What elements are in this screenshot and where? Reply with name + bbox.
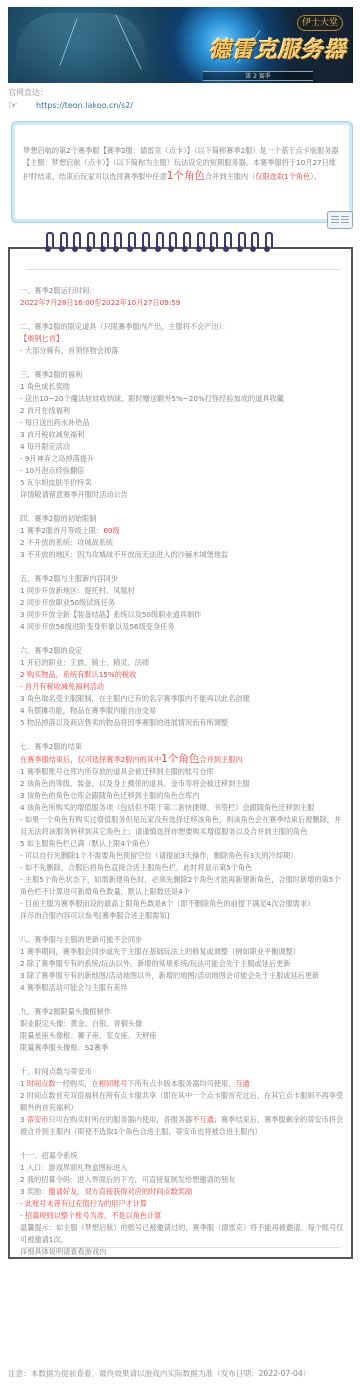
line-text: - 每日送出药水补给品 xyxy=(20,418,90,427)
line-text: 1 赛季2服首月等级上限： xyxy=(20,526,103,535)
section-line: 3 同步开放全新【装备结晶】系统以及50级职业道具制作 xyxy=(20,609,346,621)
section-line: 职业限定头像：黄金、白银、青铜头像 xyxy=(20,1018,346,1030)
section-gap xyxy=(20,357,346,369)
line-text: 六、赛季2服的设定 xyxy=(20,646,82,655)
line-text: 十、时间点数与蒂安币 xyxy=(20,1067,92,1076)
brand-logo: 伊士大堂 xyxy=(297,15,343,31)
binder-ring-icon xyxy=(264,232,270,252)
section-line: - 主服5个角色状态下，如需新建角色时，必须先删除2个角色才能再新建新角色，合服… xyxy=(20,874,346,898)
section-gap xyxy=(20,633,346,645)
highlight-text: 相同账号 xyxy=(99,1079,128,1088)
line-text: 详情敬请留意赛季开服时活动公告 xyxy=(20,490,128,499)
binder-ring-icon xyxy=(196,232,202,252)
line-text: 九、赛季2服限量头像框制作 xyxy=(20,1007,111,1016)
line-text: 七、赛季2服的结束 xyxy=(20,742,82,751)
binder-ring-icon xyxy=(223,232,229,252)
line-text: 限量星座头像框：狮子座、室女座、天秤座 xyxy=(20,1031,157,1040)
intro-highlight-one-character: 1个角色 xyxy=(167,170,205,182)
line-text: 2 同步开放职业50级试炼任务 xyxy=(20,598,115,607)
line-text: - 目前主服为赛季服而设的最高上限角色数是8个（即不删除角色的前提下满足4次合服… xyxy=(20,899,314,908)
section-line: 3 首月税收减免福利 xyxy=(20,429,346,441)
section-line: 限量星座头像框：狮子座、室女座、天秤座 xyxy=(20,1030,346,1042)
section-heading: 三、赛季2服的福利 xyxy=(20,369,346,381)
section-s11: 十一、招募令系统1 入口：游戏界面礼物盒图标进入2 我的招募令码：进入界面后的下… xyxy=(20,1150,346,1258)
binder-ring-icon xyxy=(59,232,65,252)
section-line: 详情敬请留意赛季开服时活动公告 xyxy=(20,489,346,501)
book-icon xyxy=(327,211,353,229)
highlight-text: 60级 xyxy=(103,526,119,535)
section-heading: 十一、招募令系统 xyxy=(20,1150,346,1162)
section-line: 4 有摆摊功能，物品在赛季服内能自由交易 xyxy=(20,705,346,717)
line-text: 1 同步开放新地区：提托村、凤凰村 xyxy=(20,586,135,595)
highlight-text: 合并到主服内 xyxy=(199,755,242,764)
section-line: 1 入口：游戏界面礼物盒图标进入 xyxy=(20,1162,346,1174)
section-line: 1 时间点数一经购买，在相同账号下所有点卡版本服务器均可使用、互通 xyxy=(20,1078,346,1090)
section-heading: 一、赛季2服运行时间： xyxy=(20,285,346,297)
section-line: 4 同步开放56级进阶变身形象以及56级变身任务 xyxy=(20,621,346,633)
section-heading: 五、赛季2服与主服新内容同步 xyxy=(20,573,346,585)
section-line: 2 我的招募令码：进入界面后的下方，可直接复制发给想邀请的朋友 xyxy=(20,1174,346,1186)
binder-ring-icon xyxy=(45,232,51,252)
section-line: 2 购买物品，系统有默认15%的税收 xyxy=(20,669,346,681)
line-text: 一、赛季2服运行时间： xyxy=(20,286,96,295)
section-gap xyxy=(20,729,346,741)
section-line: - 送出10~20个魔法娃娃收纳球，限时赠送额外5%~20%打怪经验加成的道具收… xyxy=(20,393,346,405)
line-text: 一经购买，在 xyxy=(56,1079,99,1088)
section-line: 1 赛季服账号仓库内所存放的道具会被迁移到主服的账号仓库 xyxy=(20,766,346,778)
section-line: - 可以自行先删除1个不需要角色预留空位（请提前3天操作，删除角色有3天的冷却期… xyxy=(20,850,346,862)
section-line: 3 角色取名受主服限制，在主服内已有的名字赛季服内不能再以此名创建 xyxy=(20,693,346,705)
section-heading: 十、时间点数与蒂安币 xyxy=(20,1066,346,1078)
section-s5: 五、赛季2服与主服新内容同步1 同步开放新地区：提托村、凤凰村2 同步开放职业5… xyxy=(20,573,346,633)
highlight-text: 互通 xyxy=(235,1079,249,1088)
line-text: 3 除了赛季服专有的新地图/活动地图以外，新增的地图/活动地图会可能会先于主服或… xyxy=(20,971,319,980)
section-s1: 一、赛季2服运行时间：2022年7月28日16:00至2022年10月27日09… xyxy=(20,285,346,309)
line-text: 5 如主服角色栏已满（默认上限4个角色） xyxy=(20,839,154,848)
line-text: - 此账号未曾有过充值行为的用户才计算 xyxy=(20,1199,147,1208)
binder-ring-icon xyxy=(237,232,243,252)
intro-text: ）。 xyxy=(310,172,321,181)
line-text: 十一、招募令系统 xyxy=(20,1151,78,1160)
section-line: - 目前主服为赛季服而设的最高上限角色数是8个（即不删除角色的前提下满足4次合服… xyxy=(20,898,346,910)
line-text: 4 赛季服活动可能会与主服有差异 xyxy=(20,983,127,992)
section-line: 4 每月限定活动 xyxy=(20,441,346,453)
line-text: 3 角色取名受主服限制，在主服内已有的名字赛季服内不能再以此名创建 xyxy=(20,694,250,703)
section-line: 限量赛季服头像框：S2赛季 xyxy=(20,1042,346,1054)
line-text: 3 xyxy=(20,1115,27,1124)
binder-ring-icon xyxy=(168,232,174,252)
section-line: 1 赛季期间，赛季服会同步或先于主服在基础玩法上的修复或调整（例如职业平衡调整） xyxy=(20,946,346,958)
intro-highlight-limit: 仅限选取1个角色 xyxy=(255,172,310,181)
banner-characters xyxy=(16,13,146,83)
pointing-hand-icon: ☞ xyxy=(8,100,36,112)
section-s7: 七、赛季2服的结束在赛季服结束后，仅可选择赛季2服内的其中1个角色合并到主服内1… xyxy=(20,741,346,922)
section-s10: 十、时间点数与蒂安币1 时间点数一经购买，在相同账号下所有点卡版本服务器均可使用… xyxy=(20,1066,346,1138)
highlight-text: 时间点数 xyxy=(27,1079,56,1088)
section-gap xyxy=(20,309,346,321)
line-text: - 招募规则以整个账号为准，不是以角色计算 xyxy=(20,1211,161,1220)
line-text: 2022年7月28日16:00至2022年10月27日09:59 xyxy=(20,298,180,307)
section-heading: 九、赛季2服限量头像框制作 xyxy=(20,1006,346,1018)
binder-ring-icon xyxy=(86,232,92,252)
banner-title: 德雷克服务器 xyxy=(209,38,347,64)
section-line: 2 不开放的系统：攻城战系统 xyxy=(20,537,346,549)
line-text: - 9月神弃之岛掉落提升 xyxy=(20,454,94,463)
line-text: 3 该角色的角色仓库会跟随角色迁移到主服的角色仓库内 xyxy=(20,791,199,800)
line-text: 2 首月在线福利 xyxy=(20,406,70,415)
line-text: 1 xyxy=(20,1079,27,1088)
section-gap xyxy=(20,1138,346,1150)
line-text: 限量赛季服头像框：S2赛季 xyxy=(20,1043,108,1052)
line-text: - 主服5个角色状态下，如需新建角色时，必须先删除2个角色才能再新建新角色，合服… xyxy=(20,875,340,896)
section-line: 5 物品掉落以及商店售卖的物品将因季赛服的进展情况而有所调整 xyxy=(20,717,346,729)
section-line: - 大部分稀有，首领怪物会掉落 xyxy=(20,345,346,357)
binder-ring-icon xyxy=(250,232,256,252)
line-text: 二、赛季2服的限定道具（只限赛季服内产出，主服将不会产出）： xyxy=(20,322,229,331)
banner-subtitle: 第 2 赛季 xyxy=(203,71,313,81)
line-text: 只可在购买时所在的服务器内使用，各服务器 xyxy=(48,1115,192,1124)
section-line: 5 如主服角色栏已满（默认上限4个角色） xyxy=(20,838,346,850)
line-text: - 大部分稀有，首领怪物会掉落 xyxy=(20,346,118,355)
line-text: 1 入口：游戏界面礼物盒图标进入 xyxy=(20,1163,127,1172)
line-text: 1 开启的职业：王族、骑士、精灵、法师 xyxy=(20,658,149,667)
line-text: 2 时间点数首充双倍福利在所有点卡服共享（即在其中一个点卡服首充过后，在其它点卡… xyxy=(20,1091,343,1112)
section-heading: 二、赛季2服的限定道具（只限赛季服内产出，主服将不会产出）： xyxy=(20,321,346,333)
section-s3: 三、赛季2服的福利1 角色成长奖励- 送出10~20个魔法娃娃收纳球，限时赠送额… xyxy=(20,369,346,501)
line-text: 在赛季服结束后， xyxy=(20,755,78,764)
binder-ring-icon xyxy=(127,232,133,252)
intro-box: 梦想启航的第2个赛季服【赛季2服：德雷克（点卡）】（以下简称赛季2服）是一个基于… xyxy=(12,122,352,222)
section-gap xyxy=(20,994,346,1006)
line-text: 五、赛季2服与主服新内容同步 xyxy=(20,574,118,583)
line-text: - 如果一个角色有购买过增值服务但是玩家没有选择迁移该角色，则该角色会在赛季结束… xyxy=(20,815,341,836)
section-line: - 如不先删除，合服后将角色直接合进主服角色栏，此时将显示第5个角色 xyxy=(20,862,346,874)
section-heading: 八、赛季服与主服的更新可能不会同步 xyxy=(20,934,346,946)
line-text: 职业限定头像：黄金、白银、青铜头像 xyxy=(20,1019,142,1028)
line-text: 【奥钢匕首】 xyxy=(20,334,63,343)
binder-ring-icon xyxy=(72,232,78,252)
section-line: 2 除了赛季服专有的系统/玩法以外，新增的常规系统/玩法可能会先于主服或延后更新 xyxy=(20,958,346,970)
section-s2: 二、赛季2服的限定道具（只限赛季服内产出，主服将不会产出）：【奥钢匕首】- 大部… xyxy=(20,321,346,357)
section-line: 4 赛季服活动可能会与主服有差异 xyxy=(20,982,346,994)
line-text: 1 角色成长奖励 xyxy=(20,382,70,391)
section-line: - 每日送出药水补给品 xyxy=(20,417,346,429)
line-text: 3 奖励： xyxy=(20,1187,48,1196)
highlight-text: 仅可选择赛季2服内的其中 xyxy=(78,755,162,764)
highlight-text: 蒂安币 xyxy=(27,1115,49,1124)
line-text: 4 同步开放56级进阶变身形象以及56级变身任务 xyxy=(20,622,175,631)
binder-ring-icon xyxy=(155,232,161,252)
section-line: 2 时间点数首充双倍福利在所有点卡服共享（即在其中一个点卡服首充过后，在其它点卡… xyxy=(20,1090,346,1114)
line-text: - 首月有税收减免福利活动 xyxy=(20,682,104,691)
section-line: 1 赛季2服首月等级上限：60级 xyxy=(20,525,346,537)
section-line: - 招募规则以整个账号为准，不是以角色计算 xyxy=(20,1210,346,1222)
divider xyxy=(26,269,340,270)
section-gap xyxy=(20,922,346,934)
section-line: 2 同步开放职业50级试炼任务 xyxy=(20,597,346,609)
section-gap xyxy=(20,561,346,573)
line-text: 温馨提示：如主服（梦想启航）的账号已被邀请过的，赛季服（德雷克）将不能再被邀请。… xyxy=(20,1223,343,1244)
section-s8: 八、赛季服与主服的更新可能不会同步1 赛季期间，赛季服会同步或先于主服在基础玩法… xyxy=(20,934,346,994)
intro-text: 合并到主服内（ xyxy=(205,172,255,181)
line-text: - 如不先删除，合服后将角色直接合进主服角色栏，此时将显示第5个角色 xyxy=(20,863,252,872)
section-line: - 10月泡点经验翻倍 xyxy=(20,465,346,477)
section-line: 3 除了赛季服专有的新地图/活动地图以外，新增的地图/活动地图会可能会先于主服或… xyxy=(20,970,346,982)
line-text: 下所有点卡版本服务器均可使用、 xyxy=(128,1079,236,1088)
section-gap xyxy=(20,501,346,513)
section-line: 5 瓦尔妲皮肤半价特卖 xyxy=(20,477,346,489)
official-site-link[interactable]: https://teon.lakoo.cn/s2/ xyxy=(36,100,133,112)
section-line: 3 不开放的地区：因为攻城战不开放而无法进入的沙赫木城堡地监 xyxy=(20,549,346,561)
line-text: 详细具体说明请查看游戏内 xyxy=(20,1247,106,1256)
section-s6: 六、赛季2服的设定1 开启的职业：王族、骑士、精灵、法师2 购买物品，系统有默认… xyxy=(20,645,346,729)
highlight-text: 不互通 xyxy=(192,1115,214,1124)
line-text: 2 该角色的等级、装备、以及身上携带的道具、金币等将会被迁移到主服 xyxy=(20,779,250,788)
section-s4: 四、赛季2服的初始限制1 赛季2服首月等级上限：60级2 不开放的系统：攻城战系… xyxy=(20,513,346,561)
section-line: 3 蒂安币只可在购买时所在的服务器内使用，各服务器不互通；赛季结束后，赛季服剩余… xyxy=(20,1114,346,1138)
section-line: 【奥钢匕首】 xyxy=(20,333,346,345)
section-line: 3 奖励：邀请好友，双方直接获得对应的时间点数奖励 xyxy=(20,1186,346,1198)
section-line: - 此账号未曾有过充值行为的用户才计算 xyxy=(20,1198,346,1210)
binder-ring-icon xyxy=(209,232,215,252)
section-line: 1 同步开放新地区：提托村、凤凰村 xyxy=(20,585,346,597)
section-line: 温馨提示：如主服（梦想启航）的账号已被邀请过的，赛季服（德雷克）将不能再被邀请。… xyxy=(20,1222,346,1246)
line-text: 2 除了赛季服专有的系统/玩法以外，新增的常规系统/玩法可能会先于主服或延后更新 xyxy=(20,959,290,968)
line-text: 1 赛季服账号仓库内所存放的道具会被迁移到主服的账号仓库 xyxy=(20,767,214,776)
binder-ring-icon xyxy=(182,232,188,252)
line-text: 3 首月税收减免福利 xyxy=(20,430,84,439)
section-gap xyxy=(20,1054,346,1066)
official-site-label: 官网直达： xyxy=(8,87,48,99)
binder-ring-icon xyxy=(113,232,119,252)
section-line: 1 开启的职业：王族、骑士、精灵、法师 xyxy=(20,657,346,669)
line-text: 5 物品掉落以及商店售卖的物品将因季赛服的进展情况而有所调整 xyxy=(20,718,228,727)
line-text: 详尽的合服内容可以参考[赛季服合进主服需知] xyxy=(20,911,169,920)
line-text: 2 不开放的系统：攻城战系统 xyxy=(20,538,113,547)
section-line: 2 该角色的等级、装备、以及身上携带的道具、金币等将会被迁移到主服 xyxy=(20,778,346,790)
section-line: 详尽的合服内容可以参考[赛季服合进主服需知] xyxy=(20,910,346,922)
section-heading: 七、赛季2服的结束 xyxy=(20,741,346,753)
line-text: 3 同步开放全新【装备结晶】系统以及50级职业道具制作 xyxy=(20,610,201,619)
line-text: - 10月泡点经验翻倍 xyxy=(20,466,84,475)
line-text: 2 购买物品，系统有默认15%的税收 xyxy=(20,670,136,679)
section-line: - 9月神弃之岛掉落提升 xyxy=(20,453,346,465)
notebook-rings xyxy=(45,232,270,252)
section-line: 详细具体说明请查看游戏内 xyxy=(20,1246,346,1258)
line-text: - 送出10~20个魔法娃娃收纳球，限时赠送额外5%~20%打怪经验加成的道具收… xyxy=(20,394,284,403)
banner-image: 伊士大堂 德雷克服务器 第 2 赛季 xyxy=(8,7,353,83)
section-line: 4 该角色所购买的增值服务项（包括但不限于第二套快捷键、书签栏）会跟随角色迁移到… xyxy=(20,802,346,814)
line-text: 八、赛季服与主服的更新可能不会同步 xyxy=(20,935,142,944)
section-s9: 九、赛季2服限量头像框制作职业限定头像：黄金、白银、青铜头像限量星座头像框：狮子… xyxy=(20,1006,346,1054)
notebook-content: 一、赛季2服运行时间：2022年7月28日16:00至2022年10月27日09… xyxy=(20,285,346,1258)
section-line: 3 该角色的角色仓库会跟随角色迁移到主服的角色仓库内 xyxy=(20,790,346,802)
line-text: - 可以自行先删除1个不需要角色预留空位（请提前3天操作，删除角色有3天的冷却期… xyxy=(20,851,297,860)
section-line: 2022年7月28日16:00至2022年10月27日09:59 xyxy=(20,297,346,309)
section-line: 在赛季服结束后，仅可选择赛季2服内的其中1个角色合并到主服内 xyxy=(20,753,346,766)
line-text: 5 瓦尔妲皮肤半价特卖 xyxy=(20,478,92,487)
highlight-text: 邀请好友，双方直接获得对应的时间点数奖励 xyxy=(48,1187,192,1196)
section-line: 1 角色成长奖励 xyxy=(20,381,346,393)
line-text: 4 该角色所购买的增值服务项（包括但不限于第二套快捷键、书签栏）会跟随角色迁移到… xyxy=(20,803,314,812)
highlight-one-character: 1个角色 xyxy=(161,753,199,765)
line-text: 四、赛季2服的初始限制 xyxy=(20,514,96,523)
line-text: 4 每月限定活动 xyxy=(20,442,70,451)
line-text: 4 有摆摊功能，物品在赛季服内能自由交易 xyxy=(20,706,156,715)
line-text: 3 不开放的地区：因为攻城战不开放而无法进入的沙赫木城堡地监 xyxy=(20,550,228,559)
line-text: 1 赛季期间，赛季服会同步或先于主服在基础玩法上的修复或调整（例如职业平衡调整） xyxy=(20,947,300,956)
section-line: - 首月有税收减免福利活动 xyxy=(20,681,346,693)
section-heading: 四、赛季2服的初始限制 xyxy=(20,513,346,525)
section-line: 2 首月在线福利 xyxy=(20,405,346,417)
binder-ring-icon xyxy=(100,232,106,252)
official-site-link-row: ☞ https://teon.lakoo.cn/s2/ xyxy=(8,99,133,113)
binder-ring-icon xyxy=(141,232,147,252)
footer-note: 注意：本数据为提前查看，最终效果请以游戏内实际数据为准（发布日期：2022-07… xyxy=(8,1368,354,1380)
line-text: 三、赛季2服的福利 xyxy=(20,370,82,379)
section-line: - 如果一个角色有购买过增值服务但是玩家没有选择迁移该角色，则该角色会在赛季结束… xyxy=(20,814,346,838)
section-heading: 六、赛季2服的设定 xyxy=(20,645,346,657)
line-text: 2 我的招募令码：进入界面后的下方，可直接复制发给想邀请的朋友 xyxy=(20,1175,235,1184)
